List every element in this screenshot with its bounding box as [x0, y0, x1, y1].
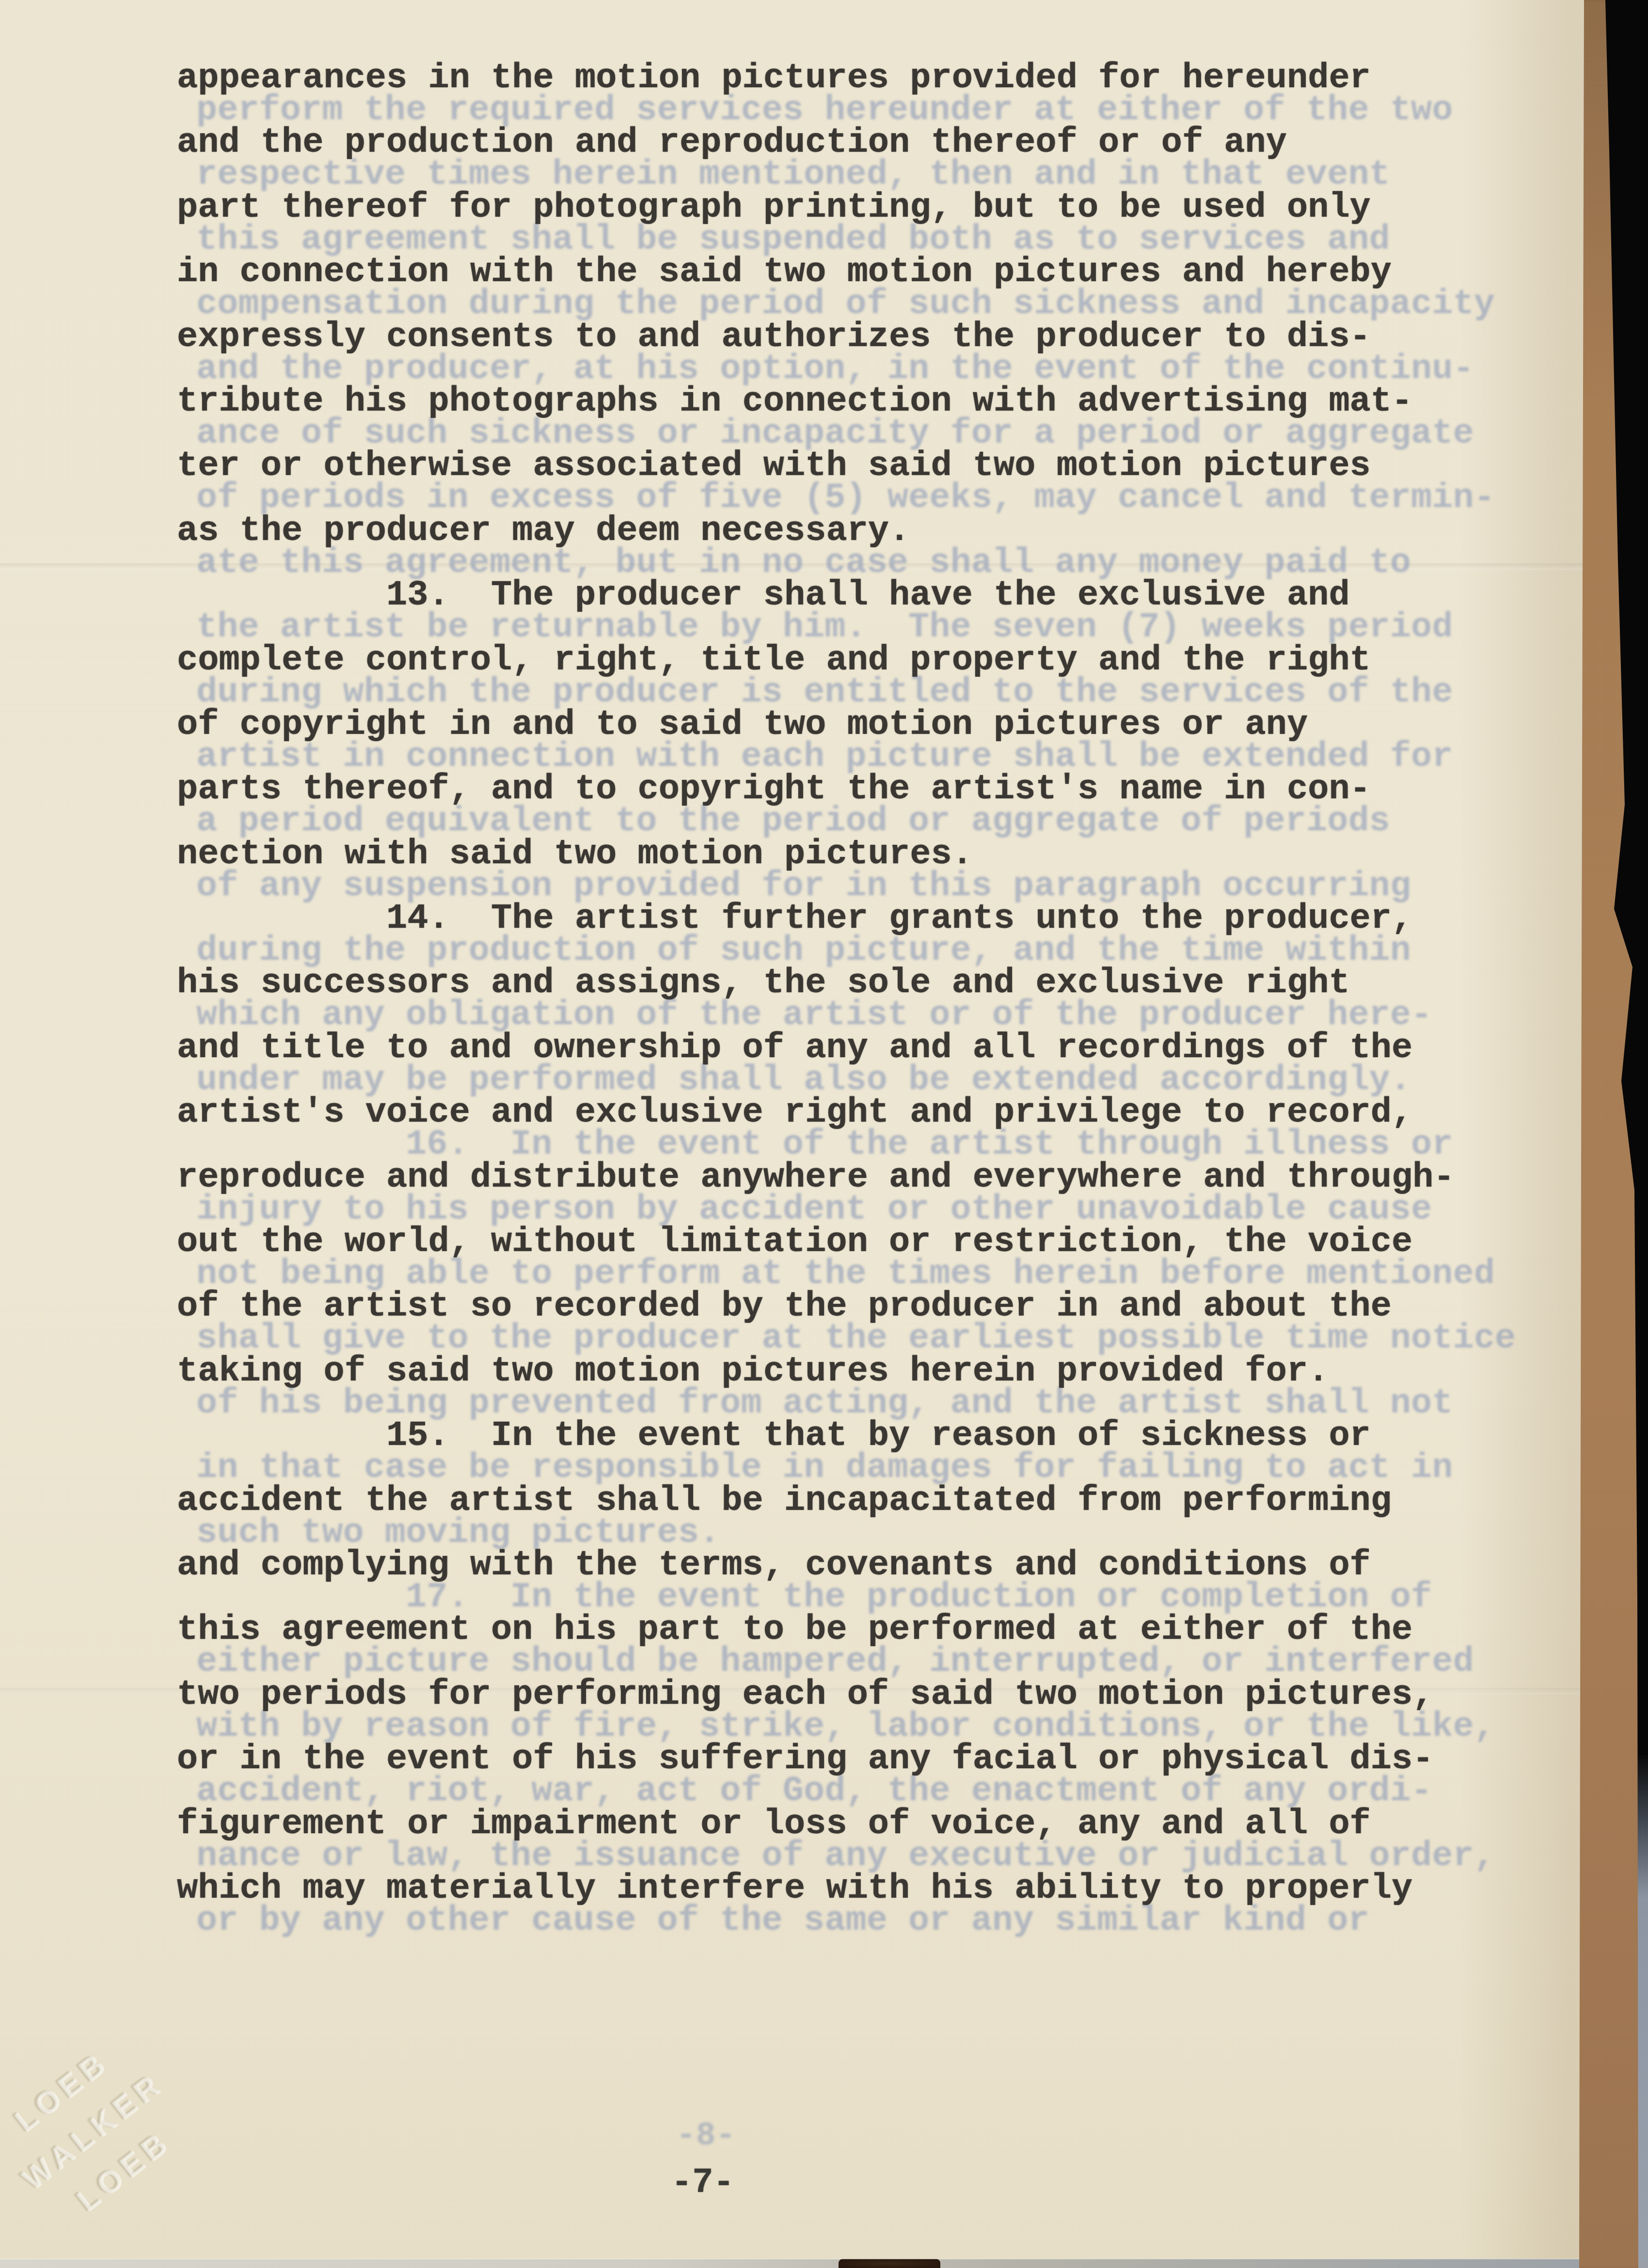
typed-line: and the production and reproduction ther…	[177, 111, 1586, 175]
typed-line: out the world, without limitation or res…	[177, 1210, 1586, 1274]
binding-shadow	[839, 2259, 940, 2268]
typed-line: appearances in the motion pictures provi…	[177, 46, 1586, 111]
typed-line: expressly consents to and authorizes the…	[177, 305, 1586, 369]
scanner-edge-strip	[0, 2259, 1648, 2268]
typed-line: 14. The artist further grants unto the p…	[177, 887, 1586, 951]
typed-line: this agreement on his part to be perform…	[177, 1598, 1586, 1662]
typed-line: his successors and assigns, the sole and…	[177, 951, 1586, 1015]
typed-line: complete control, right, title and prope…	[177, 628, 1586, 693]
typed-line: taking of said two motion pictures herei…	[177, 1339, 1586, 1404]
page-number: -7-	[671, 2163, 734, 2203]
typed-line: artist's voice and exclusive right and p…	[177, 1080, 1586, 1145]
scanned-contract-page: LOEBWALKERLOEB perform the required serv…	[0, 0, 1648, 2268]
typed-line: part thereof for photograph printing, bu…	[177, 175, 1586, 240]
typed-line: or in the event of his suffering any fac…	[177, 1727, 1586, 1792]
typed-line: tribute his photographs in connection wi…	[177, 369, 1586, 434]
typed-line: of the artist so recorded by the produce…	[177, 1274, 1586, 1339]
typed-line: figurement or impairment or loss of voic…	[177, 1792, 1586, 1856]
typed-line: in connection with the said two motion p…	[177, 240, 1586, 304]
bleedthrough-page-number: -8-	[676, 2117, 735, 2155]
typed-line: accident the artist shall be incapacitat…	[177, 1469, 1586, 1533]
typed-line: of copyright in and to said two motion p…	[177, 693, 1586, 757]
typed-line: nection with said two motion pictures.	[177, 822, 1586, 887]
typed-line: which may materially interfere with his …	[177, 1856, 1586, 1921]
typed-line: as the producer may deem necessary.	[177, 499, 1586, 563]
typed-line: and title to and ownership of any and al…	[177, 1016, 1586, 1080]
typed-line: two periods for performing each of said …	[177, 1663, 1586, 1727]
contract-page: LOEBWALKERLOEB perform the required serv…	[0, 0, 1586, 2259]
typed-line: reproduce and distribute anywhere and ev…	[177, 1145, 1586, 1210]
typed-text: appearances in the motion pictures provi…	[0, 0, 1586, 2259]
typed-line: and complying with the terms, covenants …	[177, 1533, 1586, 1598]
typed-line: 15. In the event that by reason of sickn…	[177, 1404, 1586, 1468]
typed-line: 13. The producer shall have the exclusiv…	[177, 563, 1586, 628]
typed-line: ter or otherwise associated with said tw…	[177, 434, 1586, 498]
typed-line: parts thereof, and to copyright the arti…	[177, 757, 1586, 822]
